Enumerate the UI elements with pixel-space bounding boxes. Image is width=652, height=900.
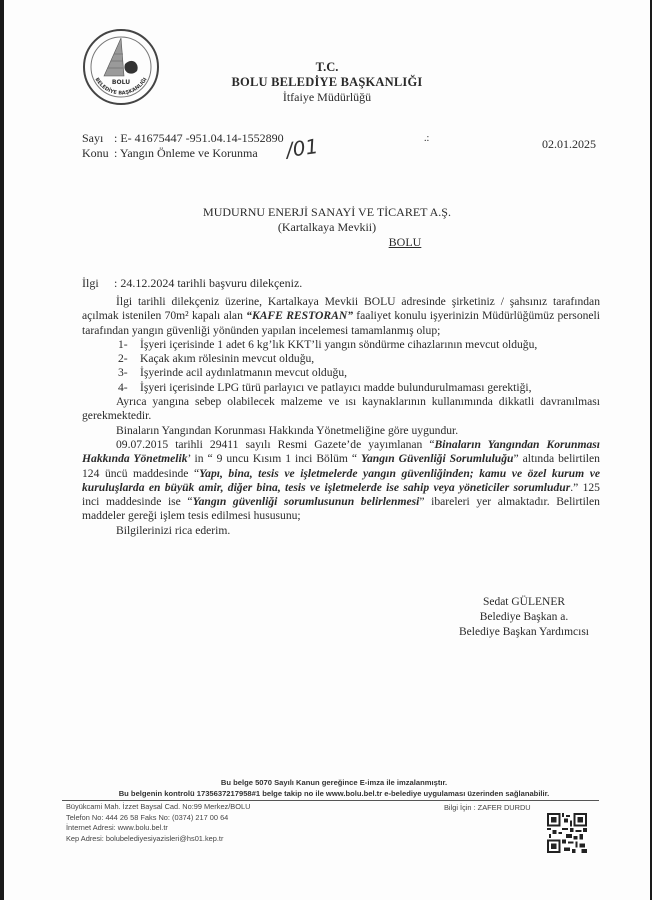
recipient-name: MUDURNU ENERJİ SANAYİ VE TİCARET A.Ş. — [4, 205, 650, 220]
handwritten-suffix: /01 — [284, 134, 319, 162]
header-tc: T.C. — [4, 60, 650, 75]
esign-notice: Bu belge 5070 Sayılı Kanun gereğince E-i… — [64, 778, 604, 787]
ilgi-value: : 24.12.2024 tarihli başvuru dilekçeniz. — [114, 276, 302, 290]
footer-web: İnternet Adresi: www.bolu.bel.tr — [66, 823, 250, 834]
letter-body: İlgi tarihli dilekçeniz üzerine, Kartalk… — [82, 295, 600, 538]
reference-number: Sayı: E- 41675447 -951.04.14-1552890 — [82, 131, 284, 146]
footer-divider — [62, 800, 599, 801]
signer-title-2: Belediye Başkan Yardımcısı — [444, 625, 604, 640]
list-item: 3-İşyerinde acil aydınlatmanın mevcut ol… — [118, 366, 600, 380]
sayi-value: : E- 41675447 -951.04.14-1552890 — [114, 131, 284, 145]
verification-notice: Bu belgenin kontrolü 1735637217958#1 bel… — [64, 789, 604, 798]
document-page: BOLU BELEDİYE BAŞKANLIĞI T.C. BOLU BELED… — [4, 0, 650, 900]
qr-code-icon — [547, 812, 587, 854]
list-item: 4-İşyeri içerisinde LPG türü parlayıcı v… — [118, 381, 600, 395]
recipient-location: (Kartalkaya Mevkii) — [4, 220, 650, 235]
list-item: 1-İşyeri içerisinde 1 adet 6 kg’lık KKT’… — [118, 338, 600, 352]
document-date: 02.01.2025 — [542, 137, 596, 152]
ilgi-label: İlgi — [82, 276, 114, 291]
list-item: 2-Kaçak akım rölesinin mevcut olduğu, — [118, 352, 600, 366]
footer-kep: Kep Adresi: bolubelediyesiyazisleri@hs01… — [66, 834, 250, 845]
footer-address: Büyükcami Mah. İzzet Baysal Cad. No:99 M… — [66, 802, 250, 813]
paragraph-intro: İlgi tarihli dilekçeniz üzerine, Kartalk… — [82, 295, 600, 338]
footer-phone: Telefon No: 444 26 58 Faks No: (0374) 21… — [66, 813, 250, 824]
sayi-label: Sayı — [82, 131, 114, 146]
header-department: İtfaiye Müdürlüğü — [4, 90, 650, 105]
signer-title-1: Belediye Başkan a. — [444, 610, 604, 625]
signer-name: Sedat GÜLENER — [444, 595, 604, 610]
header-organization: BOLU BELEDİYE BAŞKANLIĞI — [4, 75, 650, 90]
signature-block: Sedat GÜLENER Belediye Başkan a. Belediy… — [444, 595, 604, 640]
reference-line: İlgi: 24.12.2024 tarihli başvuru dilekçe… — [82, 276, 302, 291]
konu-label: Konu — [82, 146, 114, 161]
contact-info: Büyükcami Mah. İzzet Baysal Cad. No:99 M… — [66, 802, 250, 844]
contact-person: Bilgi İçin : ZAFER DURDU — [444, 803, 531, 812]
scan-mark: .: — [424, 133, 429, 144]
konu-value: : Yangın Önleme ve Korunma — [114, 146, 258, 160]
paragraph-conformity: Binaların Yangından Korunması Hakkında Y… — [82, 424, 600, 438]
closing-line: Bilgilerinizi rica ederim. — [82, 524, 600, 538]
paragraph-caution: Ayrıca yangına sebep olabilecek malzeme … — [82, 395, 600, 424]
subject: Konu: Yangın Önleme ve Korunma — [82, 146, 258, 161]
paragraph-regulation: 09.07.2015 tarihli 29411 sayılı Resmi Ga… — [82, 438, 600, 524]
findings-list: 1-İşyeri içerisinde 1 adet 6 kg’lık KKT’… — [82, 338, 600, 395]
recipient-city: BOLU — [82, 235, 652, 250]
